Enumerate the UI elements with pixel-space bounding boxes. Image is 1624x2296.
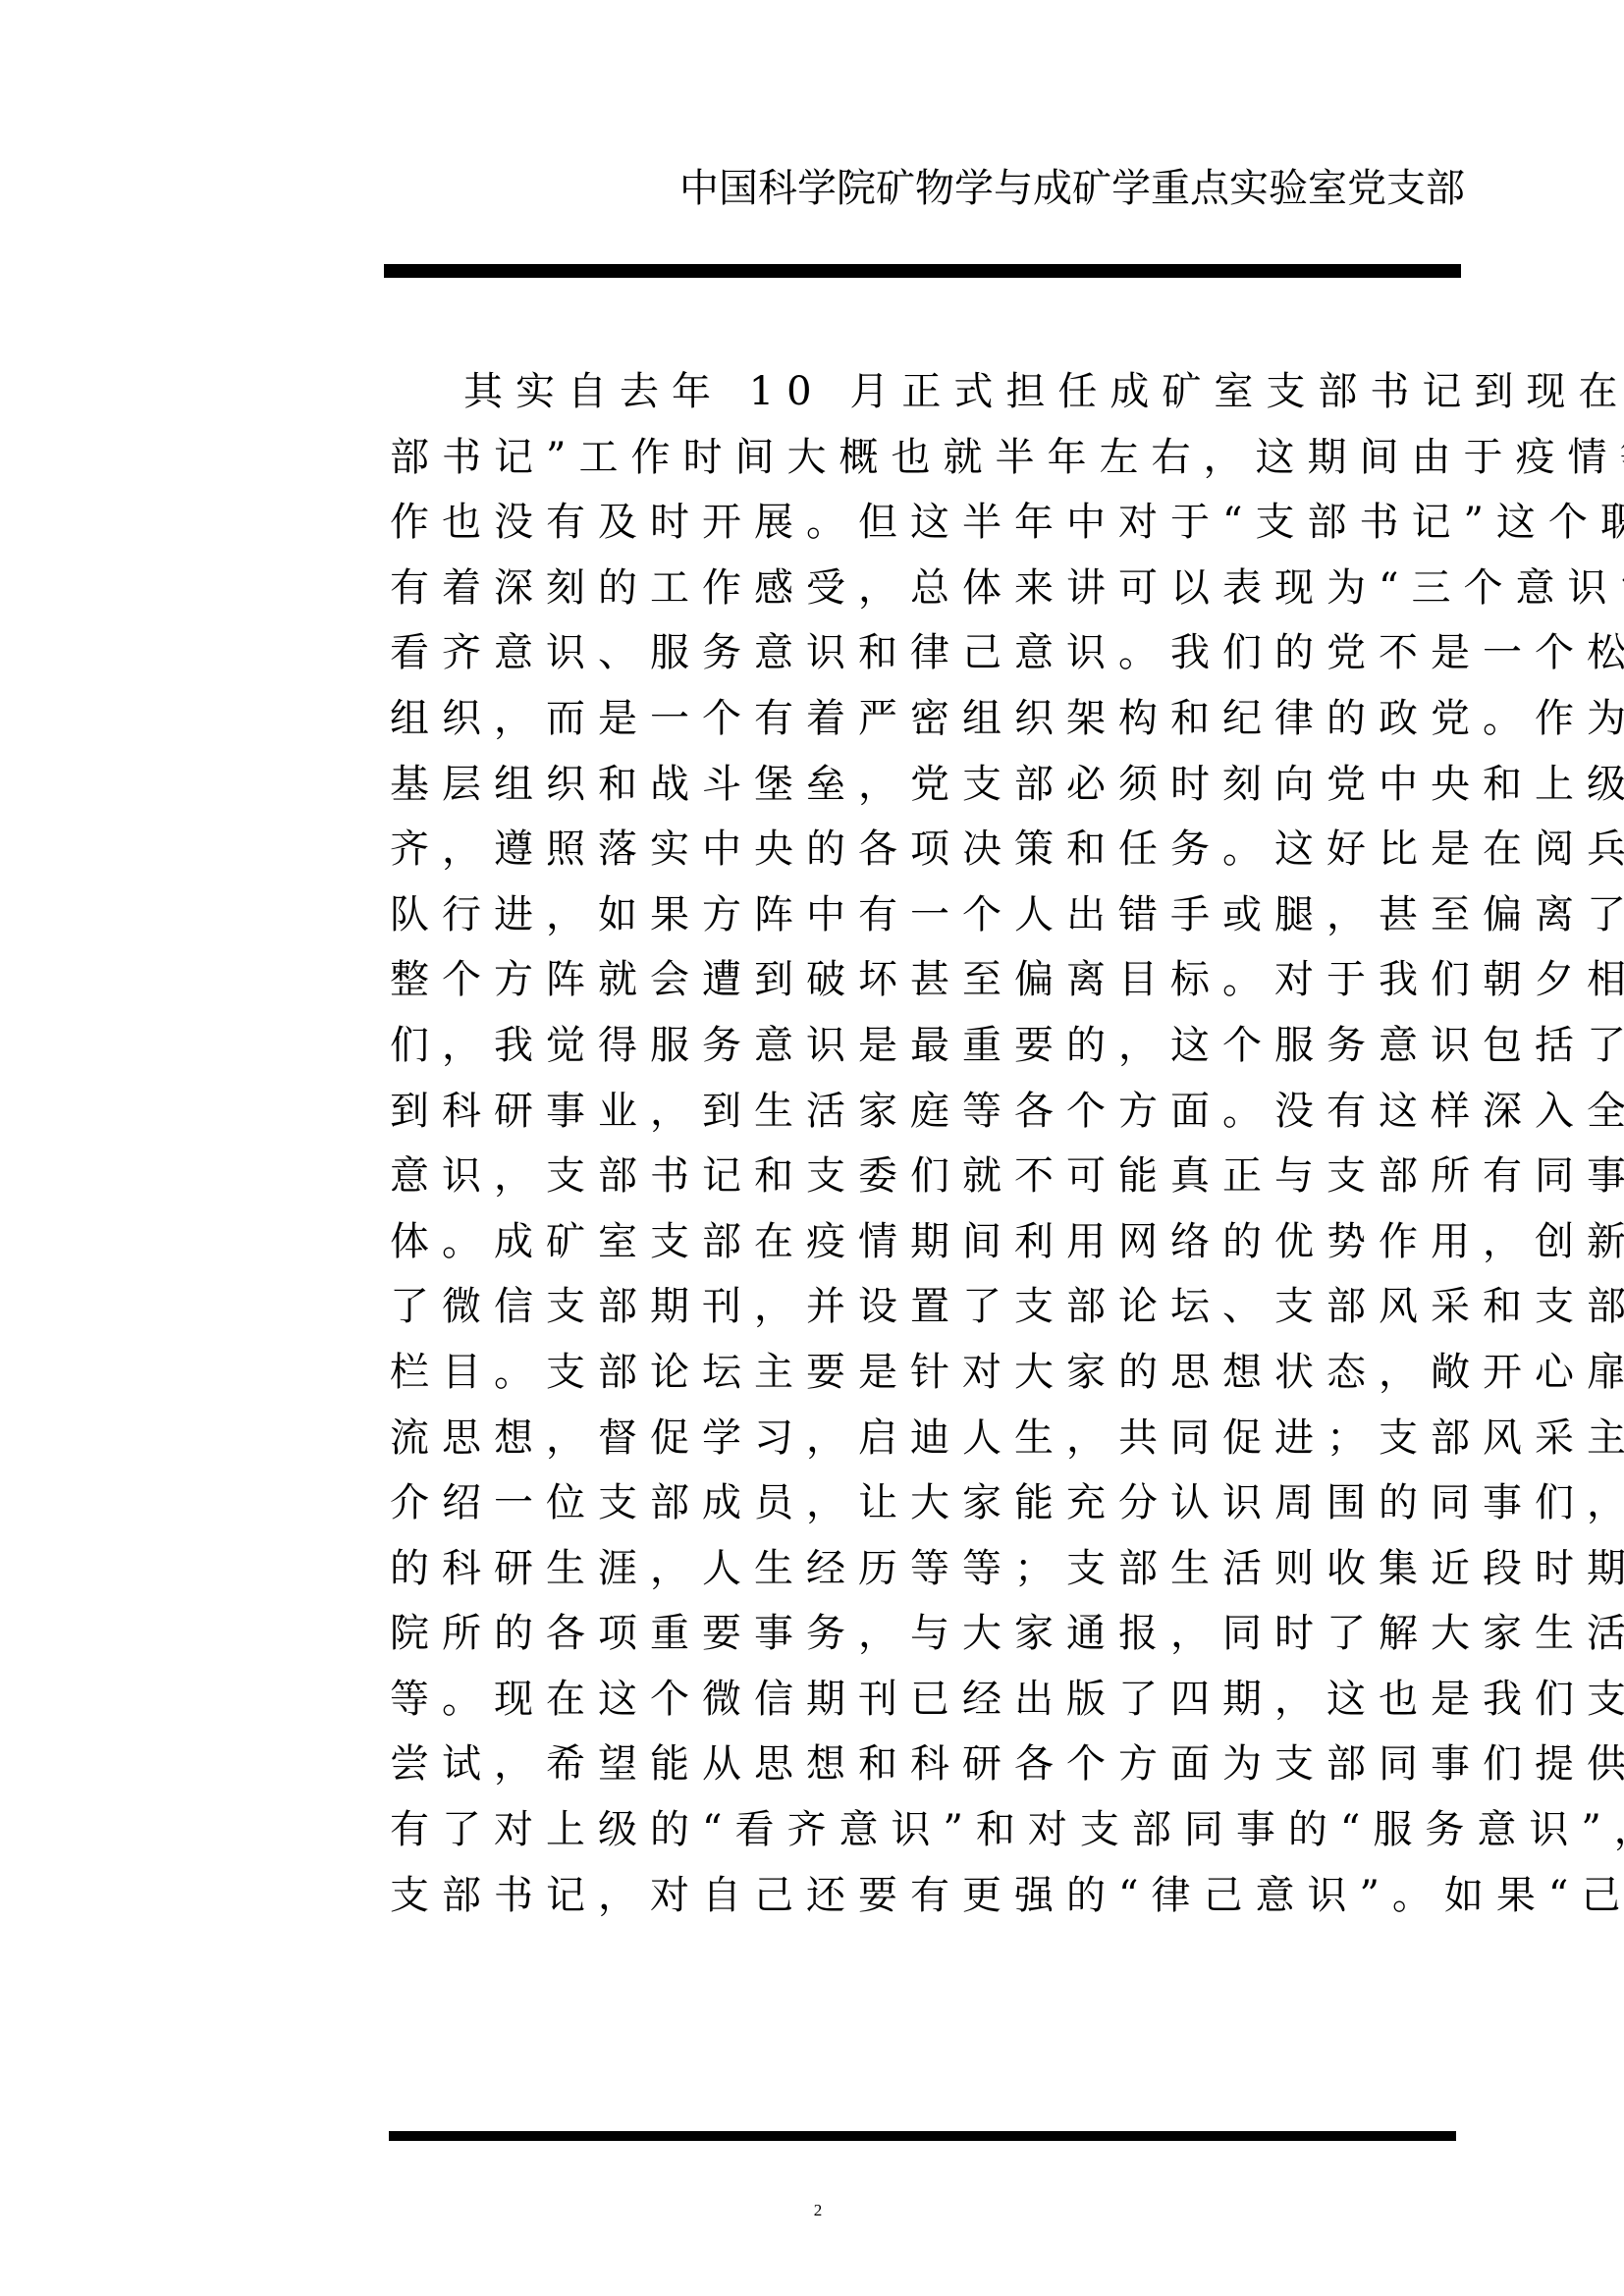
body-line: 意识，支部书记和支委们就不可能真正与支部所有同事们融为一: [390, 1144, 1499, 1209]
body-line: 的科研生涯，人生经历等等；支部生活则收集近段时期的支部和: [390, 1536, 1499, 1602]
body-line: 有着深刻的工作感受，总体来讲可以表现为“三个意识”，即：: [390, 556, 1499, 621]
footer-rule: [389, 2131, 1456, 2141]
body-line: 体。成矿室支部在疫情期间利用网络的优势作用，创新性地开办: [390, 1209, 1499, 1275]
body-line: 作也没有及时开展。但这半年中对于“支部书记”这个职份我却: [390, 490, 1499, 556]
body-line: 基层组织和战斗堡垒，党支部必须时刻向党中央和上级党组织看: [390, 752, 1499, 818]
page-header-title: 中国科学院矿物学与成矿学重点实验室党支部: [679, 164, 1465, 213]
body-line: 组织，而是一个有着严密组织架构和纪律的政党。作为我们党的: [390, 686, 1499, 752]
body-paragraph: 其实自去年 10 月正式担任成矿室支部书记到现在，我“党支 部书记”工作时间大概…: [390, 359, 1499, 1928]
body-line: 院所的各项重要事务，与大家通报，同时了解大家生活中的需求: [390, 1601, 1499, 1667]
body-line: 支部书记，对自己还要有更强的“律己意识”。如果“己不正”，: [390, 1863, 1499, 1929]
body-line: 流思想，督促学习，启迪人生，共同促进；支部风采主要是每期: [390, 1406, 1499, 1471]
body-line: 有了对上级的“看齐意识”和对支部同事的“服务意识”，作为: [390, 1797, 1499, 1863]
header-rule: [384, 264, 1461, 278]
body-line: 看齐意识、服务意识和律己意识。我们的党不是一个松散的联盟: [390, 620, 1499, 686]
body-line: 介绍一位支部成员，让大家能充分认识周围的同事们，了解他们: [390, 1470, 1499, 1536]
body-line: 了微信支部期刊，并设置了支部论坛、支部风采和支部生活三个: [390, 1274, 1499, 1340]
body-line: 齐，遵照落实中央的各项决策和任务。这好比是在阅兵式中的方: [390, 817, 1499, 882]
page-number: 2: [803, 2199, 833, 2222]
body-line: 们，我觉得服务意识是最重要的，这个服务意识包括了从思想，: [390, 1013, 1499, 1079]
document-page: 中国科学院矿物学与成矿学重点实验室党支部 其实自去年 10 月正式担任成矿室支部…: [0, 0, 1624, 2296]
body-line: 栏目。支部论坛主要是针对大家的思想状态，敞开心扉与大家交: [390, 1340, 1499, 1406]
body-line: 尝试，希望能从思想和科研各个方面为支部同事们提供好的服务。: [390, 1732, 1499, 1797]
body-line: 队行进，如果方阵中有一个人出错手或腿，甚至偏离了队列，那: [390, 882, 1499, 948]
body-line: 等。现在这个微信期刊已经出版了四期，这也是我们支部的一次: [390, 1667, 1499, 1733]
body-line: 其实自去年 10 月正式担任成矿室支部书记到现在，我“党支: [390, 359, 1499, 425]
body-line: 部书记”工作时间大概也就半年左右，这期间由于疫情等很多工: [390, 425, 1499, 491]
body-line: 整个方阵就会遭到破坏甚至偏离目标。对于我们朝夕相处的同事: [390, 947, 1499, 1013]
body-line: 到科研事业，到生活家庭等各个方面。没有这样深入全面的服务: [390, 1079, 1499, 1145]
